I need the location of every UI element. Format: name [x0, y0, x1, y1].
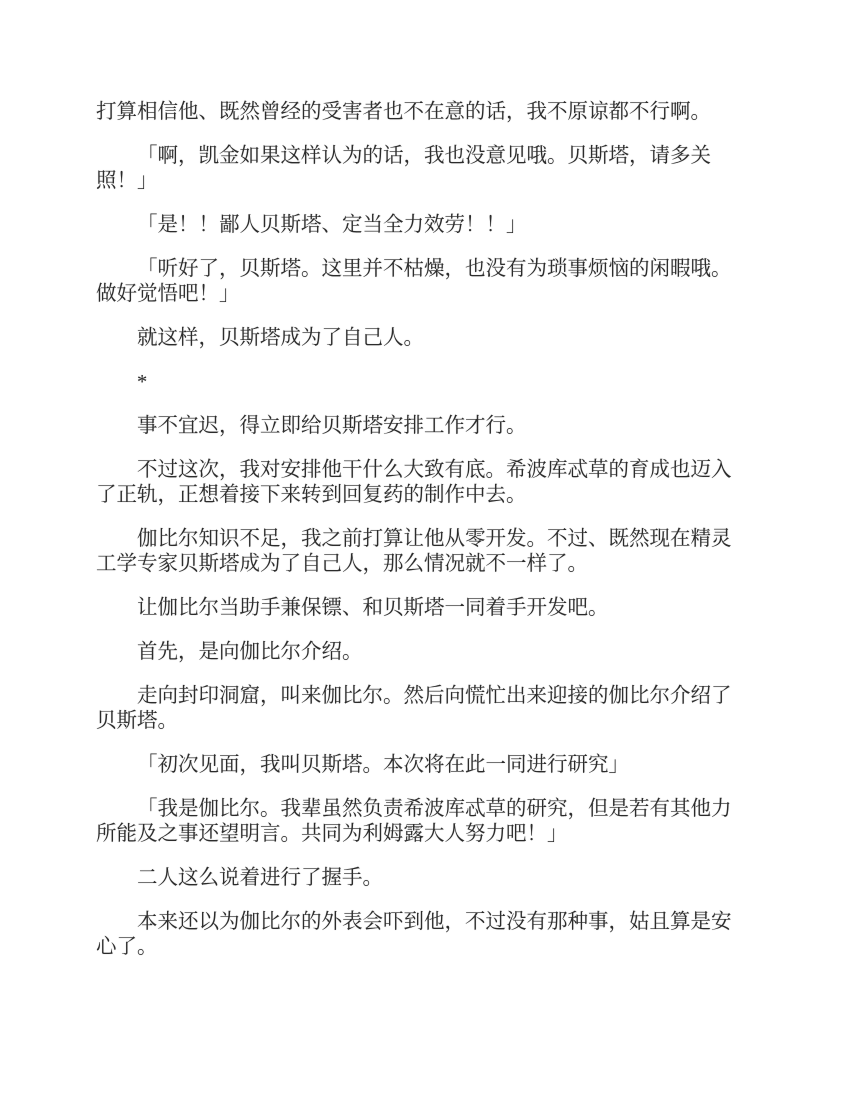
paragraph: 首先，是向伽比尔介绍。	[96, 640, 736, 665]
text-line: 让伽比尔当助手兼保镖、和贝斯塔一同着手开发吧。	[96, 596, 736, 621]
novel-text-body: 打算相信他、既然曾经的受害者也不在意的话，我不原谅都不行啊。「啊，凯金如果这样认…	[96, 100, 736, 960]
text-line: 「是！！鄙人贝斯塔、定当全力效劳！！」	[96, 213, 736, 238]
paragraph: 伽比尔知识不足，我之前打算让他从零开发。不过、既然现在精灵工学专家贝斯塔成为了自…	[96, 527, 736, 577]
text-line: 不过这次，我对安排他干什么大致有底。希波库忒草的育成也迈入	[96, 458, 736, 483]
paragraph: 事不宜迟，得立即给贝斯塔安排工作才行。	[96, 414, 736, 439]
paragraph: 「初次见面，我叫贝斯塔。本次将在此一同进行研究」	[96, 753, 736, 778]
text-line: 心了。	[96, 935, 736, 960]
text-line: 照！」	[96, 169, 736, 194]
text-line: 「啊，凯金如果这样认为的话，我也没意见哦。贝斯塔，请多关	[96, 144, 736, 169]
text-line: 工学专家贝斯塔成为了自己人，那么情况就不一样了。	[96, 552, 736, 577]
document-page: 打算相信他、既然曾经的受害者也不在意的话，我不原谅都不行啊。「啊，凯金如果这样认…	[0, 0, 850, 1100]
text-line: 走向封印洞窟，叫来伽比尔。然后向慌忙出来迎接的伽比尔介绍了	[96, 684, 736, 709]
text-line: 打算相信他、既然曾经的受害者也不在意的话，我不原谅都不行啊。	[96, 100, 736, 125]
text-line: 「我是伽比尔。我辈虽然负责希波库忒草的研究，但是若有其他力	[96, 797, 736, 822]
text-line: 做好觉悟吧！」	[96, 282, 736, 307]
paragraph: 「啊，凯金如果这样认为的话，我也没意见哦。贝斯塔，请多关照！」	[96, 144, 736, 194]
text-line: 贝斯塔。	[96, 709, 736, 734]
paragraph: 走向封印洞窟，叫来伽比尔。然后向慌忙出来迎接的伽比尔介绍了贝斯塔。	[96, 684, 736, 734]
text-line: 了正轨，正想着接下来转到回复药的制作中去。	[96, 483, 736, 508]
text-line: 伽比尔知识不足，我之前打算让他从零开发。不过、既然现在精灵	[96, 527, 736, 552]
paragraph: 就这样，贝斯塔成为了自己人。	[96, 326, 736, 351]
text-line: 二人这么说着进行了握手。	[96, 866, 736, 891]
text-line: 「听好了，贝斯塔。这里并不枯燥，也没有为琐事烦恼的闲暇哦。	[96, 257, 736, 282]
text-line: 本来还以为伽比尔的外表会吓到他，不过没有那种事，姑且算是安	[96, 910, 736, 935]
paragraph: 让伽比尔当助手兼保镖、和贝斯塔一同着手开发吧。	[96, 596, 736, 621]
paragraph: 「听好了，贝斯塔。这里并不枯燥，也没有为琐事烦恼的闲暇哦。做好觉悟吧！」	[96, 257, 736, 307]
paragraph: 不过这次，我对安排他干什么大致有底。希波库忒草的育成也迈入了正轨，正想着接下来转…	[96, 458, 736, 508]
paragraph: 本来还以为伽比尔的外表会吓到他，不过没有那种事，姑且算是安心了。	[96, 910, 736, 960]
text-line: 「初次见面，我叫贝斯塔。本次将在此一同进行研究」	[96, 753, 736, 778]
text-line: 事不宜迟，得立即给贝斯塔安排工作才行。	[96, 414, 736, 439]
paragraph: 二人这么说着进行了握手。	[96, 866, 736, 891]
paragraph: 打算相信他、既然曾经的受害者也不在意的话，我不原谅都不行啊。	[96, 100, 736, 125]
text-line: 首先，是向伽比尔介绍。	[96, 640, 736, 665]
text-line: 就这样，贝斯塔成为了自己人。	[96, 326, 736, 351]
text-line: 所能及之事还望明言。共同为利姆露大人努力吧！」	[96, 822, 736, 847]
paragraph: 「我是伽比尔。我辈虽然负责希波库忒草的研究，但是若有其他力所能及之事还望明言。共…	[96, 797, 736, 847]
text-line: *	[96, 370, 736, 395]
scene-break-asterisk: *	[96, 370, 736, 395]
paragraph: 「是！！鄙人贝斯塔、定当全力效劳！！」	[96, 213, 736, 238]
